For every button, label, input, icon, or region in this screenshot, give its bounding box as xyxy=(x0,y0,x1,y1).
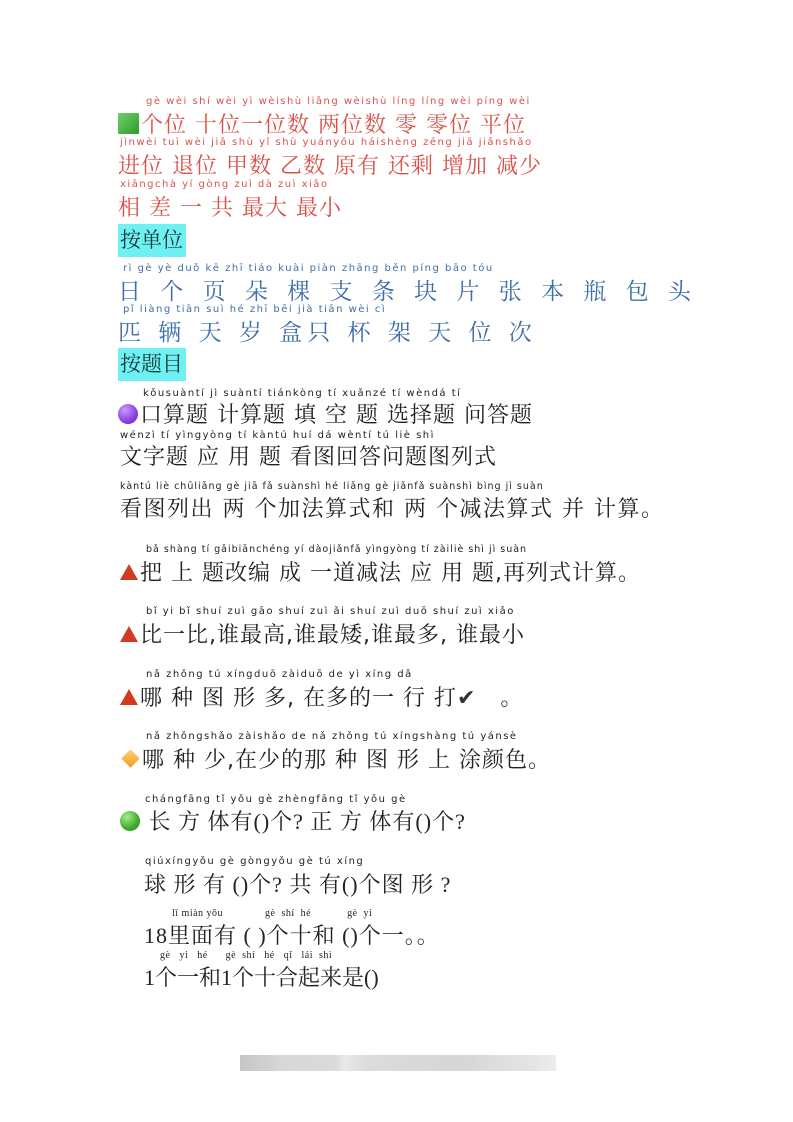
unit-line: 匹 辆 天 岁 盒只 杯 架 天 位 次 xyxy=(118,314,537,347)
question-type-text: 口算题 计算题 填 空 题 选择题 问答题 xyxy=(140,403,533,428)
vocab-line: 相 差 一 共 最大 最小 xyxy=(118,191,342,222)
question-line: 1个一和1个十合起来是() xyxy=(144,961,379,992)
purple-circle-icon xyxy=(118,404,138,424)
instruction-line: 看图列出 两 个加法算式和 两 个减法算式 并 计算。 xyxy=(120,492,664,523)
instruction-text: 比一比,谁最高,谁最矮,谁最多, 谁最小 xyxy=(140,623,525,648)
blurred-footer-bar xyxy=(240,1055,556,1071)
pinyin-line: lǐ miàn yǒu gè shí hé gè yi xyxy=(172,908,372,919)
question-type-line: 口算题 计算题 填 空 题 选择题 问答题 xyxy=(118,398,533,429)
vocab-line: 个位 十位一位数 两位数 零 零位 平位 xyxy=(118,108,526,139)
pinyin-line: bǎ shàng tí gǎibiānchéng yí dàojiǎnfǎ yì… xyxy=(146,544,527,555)
section-header-units: 按单位 xyxy=(118,224,186,257)
red-triangle-icon xyxy=(120,626,138,642)
green-square-icon xyxy=(118,113,139,134)
pinyin-line: bǐ yi bǐ shuí zuì gāo shuí zuì ǎi shuí z… xyxy=(146,606,515,617)
pinyin-line: gè wèi shí wèi yì wèishù liǎng wèishù lí… xyxy=(146,96,531,107)
instruction-line: 哪 种 少,在少的那 种 图 形 上 涂颜色。 xyxy=(120,743,551,774)
section-header-questions: 按题目 xyxy=(118,348,186,381)
pinyin-line: chángfāng tǐ yǒu gè zhèngfāng tǐ yǒu gè xyxy=(145,794,407,805)
pinyin-line: gè yi hé gè shí hé qǐ lái shì xyxy=(160,950,332,961)
pinyin-line: nǎ zhǒngshǎo zàishǎo de nǎ zhǒng tú xíng… xyxy=(146,731,518,742)
question-line: 18里面有 ( )个十和 ()个一。。 xyxy=(144,919,440,950)
instruction-line: 比一比,谁最高,谁最矮,谁最多, 谁最小 xyxy=(120,618,525,649)
question-text: 长 方 体有()个? 正 方 体有()个? xyxy=(142,809,466,834)
instruction-text: 哪 种 少,在少的那 种 图 形 上 涂颜色。 xyxy=(142,748,551,773)
vocab-text: 个位 十位一位数 两位数 零 零位 平位 xyxy=(141,113,526,138)
instruction-line: 把 上 题改编 成 一道减法 应 用 题,再列式计算。 xyxy=(120,556,641,587)
pinyin-line: xiāngchà yí gòng zuì dà zuì xiǎo xyxy=(120,179,329,190)
unit-line: 日 个 页 朵 棵 支 条 块 片 张 本 瓶 包 头 xyxy=(118,273,697,306)
pinyin-line: nǎ zhǒng tú xíngduō zàiduō de yì xíng dǎ xyxy=(146,669,413,680)
question-type-line: 文字题 应 用 题 看图回答问题图列式 xyxy=(120,440,497,471)
red-triangle-icon xyxy=(120,689,138,705)
pinyin-line: kàntú liè chūliǎng gè jiā fǎ suànshì hé … xyxy=(120,481,544,492)
orange-diamond-icon xyxy=(121,749,139,767)
pinyin-line: qiúxíngyǒu gè gòngyǒu gè tú xíng xyxy=(145,856,364,867)
instruction-tail: 。 xyxy=(476,686,523,711)
instruction-text: 哪 种 图 形 多, 在多的一 行 打 xyxy=(140,686,457,711)
vocab-line: 进位 退位 甲数 乙数 原有 还剩 增加 减少 xyxy=(118,149,542,180)
worksheet-page: gè wèi shí wèi yì wèishù liǎng wèishù lí… xyxy=(0,0,793,1122)
pinyin-line: jìnwèi tuì wèi jiǎ shù yǐ shù yuányǒu há… xyxy=(120,137,533,148)
question-line: 长 方 体有()个? 正 方 体有()个? xyxy=(120,805,466,836)
question-line: 球 形 有 ()个? 共 有()个图 形 ? xyxy=(144,868,451,899)
instruction-line: 哪 种 图 形 多, 在多的一 行 打✔ 。 xyxy=(120,681,523,712)
red-triangle-icon xyxy=(120,564,138,580)
checkmark-icon: ✔ xyxy=(457,686,476,711)
instruction-text: 把 上 题改编 成 一道减法 应 用 题,再列式计算。 xyxy=(140,561,641,586)
green-circle-icon xyxy=(120,811,140,831)
